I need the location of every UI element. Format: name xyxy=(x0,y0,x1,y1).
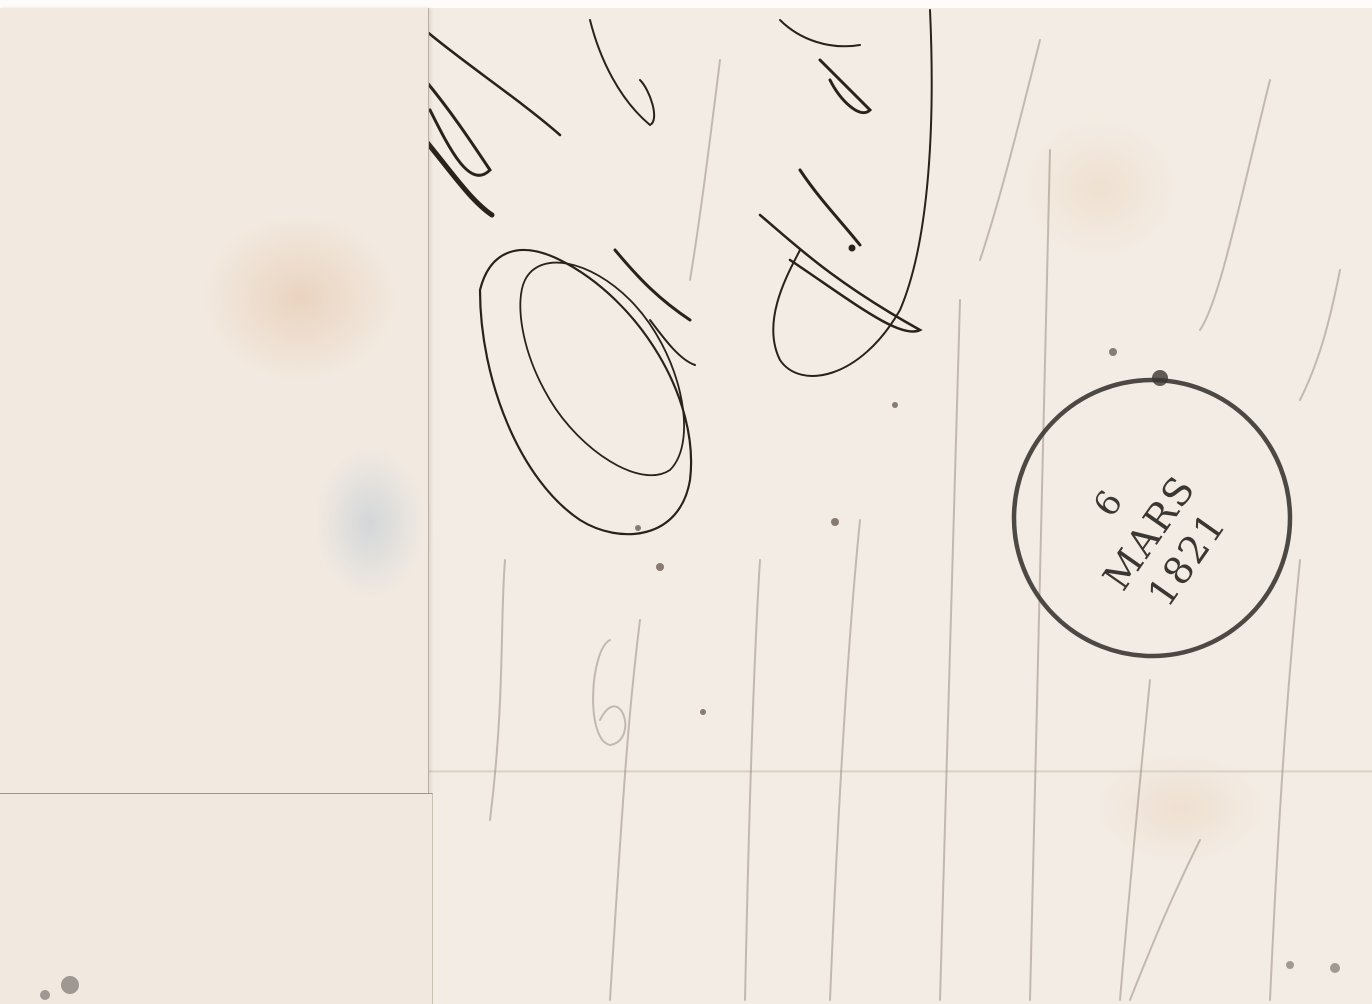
corner-marks xyxy=(0,0,1372,1004)
letter-photo: 6 MARS 1821 xyxy=(0,0,1372,1004)
